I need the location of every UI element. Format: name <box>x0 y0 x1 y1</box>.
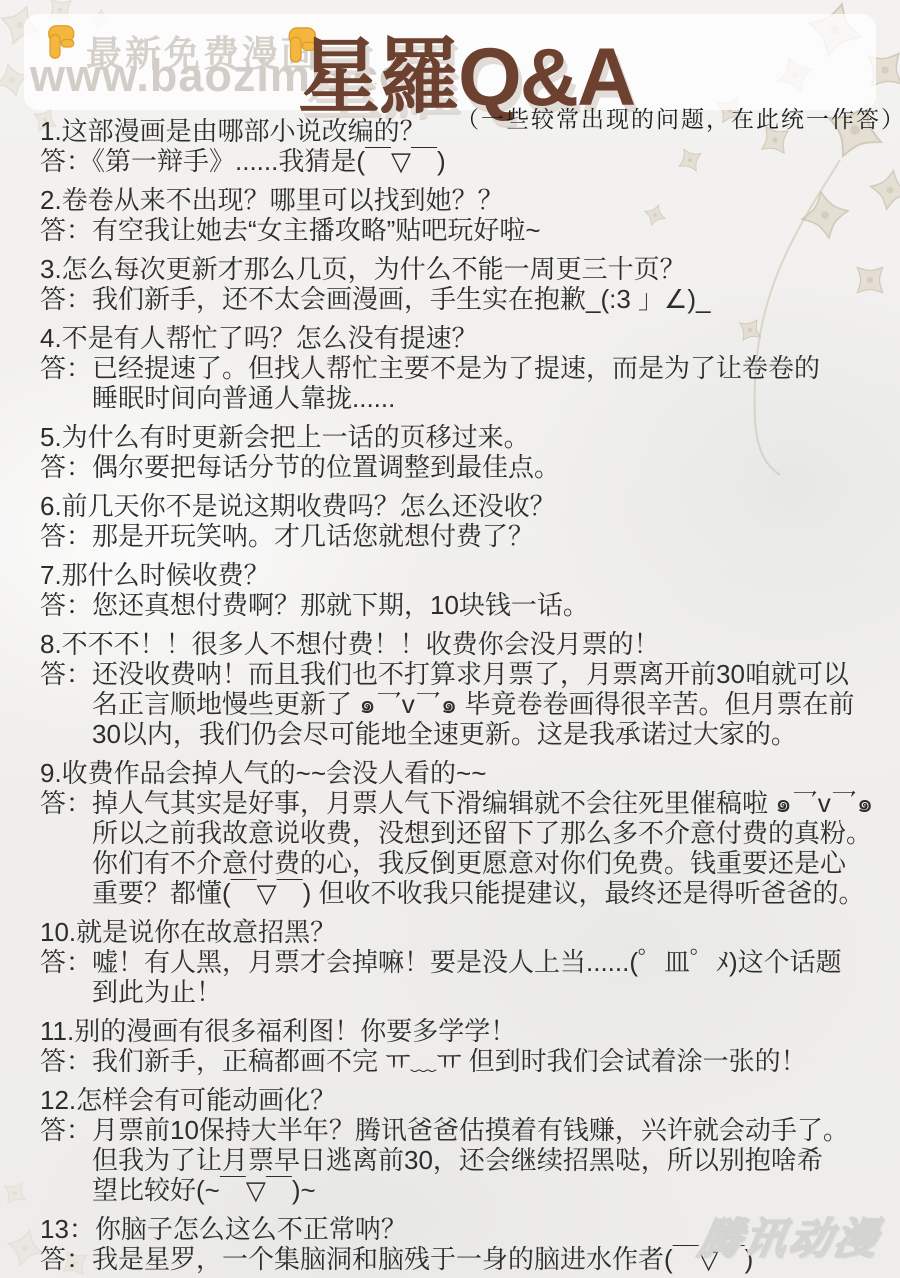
answer-6-line-1: 答：那是开玩笑呐。才几话您就想付费了？ <box>40 521 880 551</box>
answer-10-line-1: 答：嘘！有人黑，月票才会掉嘛！要是没人上当......(゜皿゜ﾒ)这个话题 <box>40 947 880 977</box>
question-12: 12.怎样会有可能动画化？ <box>40 1085 880 1115</box>
question-4: 4.不是有人帮忙了吗？怎么没有提速？ <box>40 323 880 353</box>
answer-8-line-2: 名正言顺地慢些更新了 ๑乛v乛๑ 毕竟卷卷画得很辛苦。但月票在前 <box>92 689 880 719</box>
answer-3-line-1: 答：我们新手，还不太会画漫画，手生实在抱歉_(:3 」∠)_ <box>40 284 880 314</box>
answer-12-line-1: 答：月票前10保持大半年？腾讯爸爸估摸着有钱赚，兴许就会动手了。 <box>40 1115 880 1145</box>
answer-4-line-2: 睡眠时间向普通人靠拢...... <box>92 383 880 413</box>
comic-qa-page: 最新免费漫画 www.baozimh.com 星羅Q&A （一些较常出现的问题，… <box>0 0 900 1278</box>
answer-7-line-1: 答：您还真想付费啊？那就下期，10块钱一话。 <box>40 590 880 620</box>
answer-11-line-1: 答：我们新手，正稿都画不完 ㅠ﹏ㅠ 但到时我们会试着涂一张的！ <box>40 1046 880 1076</box>
question-7: 7.那什么时候收费？ <box>40 560 880 590</box>
answer-8-line-1: 答：还没收费呐！而且我们也不打算求月票了，月票离开前30咱就可以 <box>40 659 880 689</box>
question-10: 10.就是说你在故意招黑？ <box>40 917 880 947</box>
answer-9-line-1: 答：掉人气其实是好事，月票人气下滑编辑就不会往死里催稿啦 ๑乛v乛๑ <box>40 788 880 818</box>
answer-2-line-1: 答：有空我让她去“女主播攻略”贴吧玩好啦~ <box>40 215 880 245</box>
answer-10-line-2: 到此为止！ <box>92 977 880 1007</box>
question-2: 2.卷卷从来不出现？哪里可以找到她？？ <box>40 185 880 215</box>
tencent-comics-logo: 腾讯动漫 <box>695 1206 886 1266</box>
answer-9-line-2: 所以之前我故意说收费，没想到还留下了那么多不介意付费的真粉。 <box>92 818 880 848</box>
question-8: 8.不不不！！很多人不想付费！！收费你会没月票的！ <box>40 629 880 659</box>
question-6: 6.前几天你不是说这期收费吗？怎么还没收？ <box>40 491 880 521</box>
question-11: 11.别的漫画有很多福利图！你要多学学！ <box>40 1016 880 1046</box>
question-9: 9.收费作品会掉人气的~~会没人看的~~ <box>40 758 880 788</box>
answer-9-line-4: 重要？都懂(￣▽￣) 但收不收我只能提建议，最终还是得听爸爸的。 <box>92 878 880 908</box>
answer-12-line-3: 望比较好(~￣▽￣)~ <box>92 1175 880 1205</box>
answer-4-line-1: 答：已经提速了。但找人帮忙主要不是为了提速，而是为了让卷卷的 <box>40 353 880 383</box>
answer-9-line-3: 你们有不介意付费的心，我反倒更愿意对你们免费。钱重要还是心 <box>92 848 880 878</box>
answer-5-line-1: 答：偶尔要把每话分节的位置调整到最佳点。 <box>40 452 880 482</box>
answer-12-line-2: 但我为了让月票早日逃离前30，还会继续招黑哒，所以别抱啥希 <box>92 1145 880 1175</box>
qa-list: 1.这部漫画是由哪部小说改编的？ 答：《第一辩手》......我猜是(￣▽￣) … <box>40 116 880 1274</box>
answer-8-line-3: 30以内，我们仍会尽可能地全速更新。这是我承诺过大家的。 <box>92 719 880 749</box>
question-1: 1.这部漫画是由哪部小说改编的？ <box>40 116 880 146</box>
answer-1-line-1: 答：《第一辩手》......我猜是(￣▽￣) <box>40 146 880 176</box>
question-3: 3.怎么每次更新才那么几页，为什么不能一周更三十页？ <box>40 254 880 284</box>
question-5: 5.为什么有时更新会把上一话的页移过来。 <box>40 422 880 452</box>
